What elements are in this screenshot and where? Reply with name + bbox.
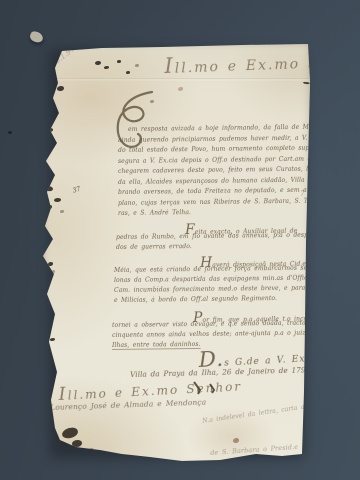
ink-blot [60,210,64,213]
handwritten-line: brando averseas, de toda Freiteza no dep… [118,186,353,196]
ink-blot [54,198,61,202]
handwritten-line: lonas da Comp.a despartida das equipagen… [114,274,344,284]
ink-blot [135,64,139,67]
ink-blot [50,338,55,341]
manuscript-paper: 26.1.97 Ill.mo e Ex.mo S.r em resposta a… [42,42,312,466]
margin-number-mark: 37 [72,186,81,195]
salutation-script: Ill.mo e Ex.mo S.r [164,48,334,78]
ink-blot [44,185,54,192]
handwritten-line: em resposta avizada a hoje informando, d… [128,124,329,133]
handwritten-line: do total estado deste Povo, hum ornament… [118,144,323,154]
handwritten-line: plano, cujas terças vem nas Ribeiras de … [118,197,325,207]
handwritten-line: dos de guerras errado. [116,243,192,251]
stain-spot [233,438,239,443]
paper-fragment [29,30,44,44]
photo-background: 26.1.97 Ill.mo e Ex.mo S.r em resposta a… [0,0,360,480]
handwritten-line: cinquenta annos ainda velhos deste; ante… [112,329,353,339]
ink-blot [48,262,53,266]
edge-mark [303,82,310,85]
background-speck [8,131,12,134]
handwritten-line: da ella, Alcaides esperançosos do humano… [118,176,340,186]
ink-blot [117,60,121,63]
right-margin-mark: 7 [300,190,305,198]
stain-spot [178,87,183,91]
ink-blot [104,66,109,69]
handwritten-line: Méia, que está criando de fornecer força… [114,264,342,274]
handwritten-line: pedras do Rumbo, em fio avante das annex… [116,232,317,241]
ink-blot [61,427,78,440]
ink-blot [43,345,47,348]
handwritten-line: e Milicias, á bordo do Off.al segundo Re… [114,295,277,304]
ink-blot [305,312,309,316]
ink-blot [126,71,130,74]
handwritten-line: chegarem cadaveres deste povo, feito em … [118,165,354,175]
ink-blot [57,86,64,91]
handwritten-line: tornei a observar visto devagar, e q.e s… [112,319,360,329]
handwritten-line: Cam. incumbidas fornecimento med.o deste… [114,284,338,294]
ink-check-marks [192,380,218,396]
ink-blot [42,117,50,123]
handwritten-line: ras, e S. André Telha. [118,209,191,217]
ink-blot [95,61,101,65]
fold-crease [42,78,312,81]
handwritten-line: Ilhas, entre toda daninhos. [112,341,201,349]
